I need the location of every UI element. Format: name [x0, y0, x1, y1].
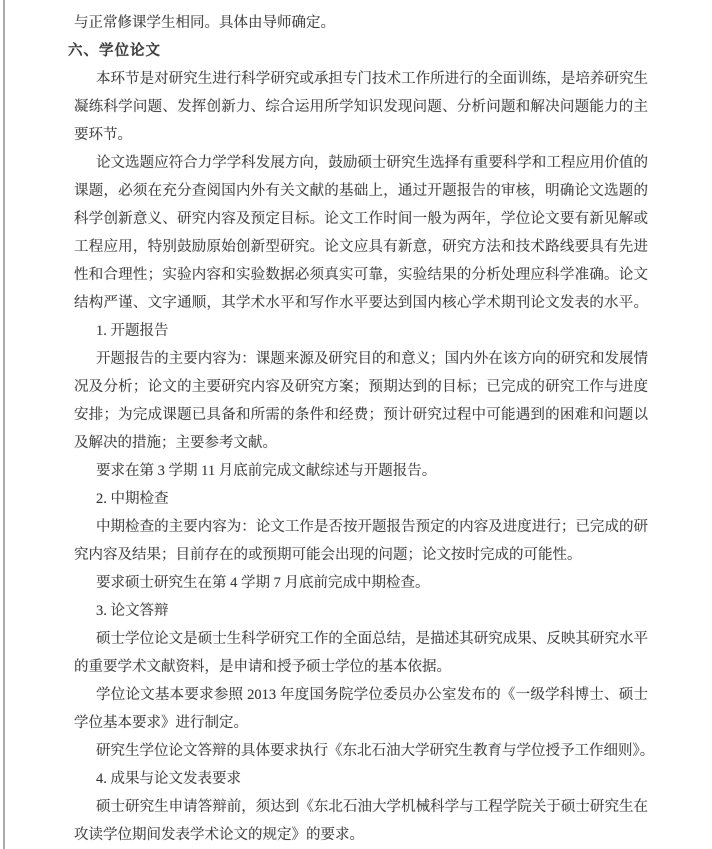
text-line: 要求硕士研究生在第 4 学期 7 月底前完成中期检查。 [74, 569, 648, 597]
subsection-heading: 4. 成果与论文发表要求 [74, 765, 648, 793]
page-edge-line [3, 0, 5, 849]
text-line: 凝练科学问题、发挥创新力、综合运用所学知识发现问题、分析问题和解决问题能力的主 [74, 93, 648, 121]
subsection-heading: 1. 开题报告 [74, 317, 648, 345]
document-body: 与正常修课学生相同。具体由导师确定。 六、学位论文 本环节是对研究生进行科学研究… [74, 9, 648, 849]
text-line: 性和合理性；实验内容和实验数据必须真实可靠，实验结果的分析处理应科学准确。论文 [74, 261, 648, 289]
text-line: 与正常修课学生相同。具体由导师确定。 [74, 9, 648, 37]
text-line: 要求在第 3 学期 11 月底前完成文献综述与开题报告。 [74, 457, 648, 485]
subsection-heading: 2. 中期检查 [74, 485, 648, 513]
text-line: 况及分析；论文的主要研究内容及研究方案；预期达到的目标；已完成的研究工作与进度 [74, 373, 648, 401]
text-line: 中期检查的主要内容为：论文工作是否按开题报告预定的内容及进度进行；已完成的研 [74, 513, 648, 541]
text-line: 及解决的措施；主要参考文献。 [74, 429, 648, 457]
text-line: 攻读学位期间发表学术论文的规定》的要求。 [74, 821, 648, 849]
text-line: 要环节。 [74, 121, 648, 149]
text-line: 论文选题应符合力学学科发展方向，鼓励硕士研究生选择有重要科学和工程应用价值的 [74, 149, 648, 177]
text-line: 开题报告的主要内容为：课题来源及研究目的和意义；国内外在该方向的研究和发展情 [74, 345, 648, 373]
text-line: 究内容及结果；目前存在的或预期可能会出现的问题；论文按时完成的可能性。 [74, 541, 648, 569]
text-line: 结构严谨、文字通顺，其学术水平和写作水平要达到国内核心学术期刊论文发表的水平。 [74, 289, 648, 317]
text-line: 课题，必须在充分查阅国内外有关文献的基础上，通过开题报告的审核，明确论文选题的 [74, 177, 648, 205]
text-line: 安排；为完成课题已具备和所需的条件和经费；预计研究过程中可能遇到的困难和问题以 [74, 401, 648, 429]
text-line: 的重要学术文献资料，是申请和授予硕士学位的基本依据。 [74, 653, 648, 681]
text-line: 学位论文基本要求参照 2013 年度国务院学位委员办公室发布的《一级学科博士、硕… [74, 681, 648, 709]
text-line: 硕士学位论文是硕士生科学研究工作的全面总结，是描述其研究成果、反映其研究水平 [74, 625, 648, 653]
text-line: 工程应用，特别鼓励原始创新型研究。论文应具有新意，研究方法和技术路线要具有先进 [74, 233, 648, 261]
text-line: 本环节是对研究生进行科学研究或承担专门技术工作所进行的全面训练，是培养研究生 [74, 65, 648, 93]
text-line: 硕士研究生申请答辩前，须达到《东北石油大学机械科学与工程学院关于硕士研究生在 [74, 793, 648, 821]
section-heading: 六、学位论文 [68, 37, 648, 65]
subsection-heading: 3. 论文答辩 [74, 597, 648, 625]
text-line: 学位基本要求》进行制定。 [74, 709, 648, 737]
text-line: 科学创新意义、研究内容及预定目标。论文工作时间一般为两年，学位论文要有新见解或 [74, 205, 648, 233]
text-line: 研究生学位论文答辩的具体要求执行《东北石油大学研究生教育与学位授予工作细则》。 [74, 737, 648, 765]
